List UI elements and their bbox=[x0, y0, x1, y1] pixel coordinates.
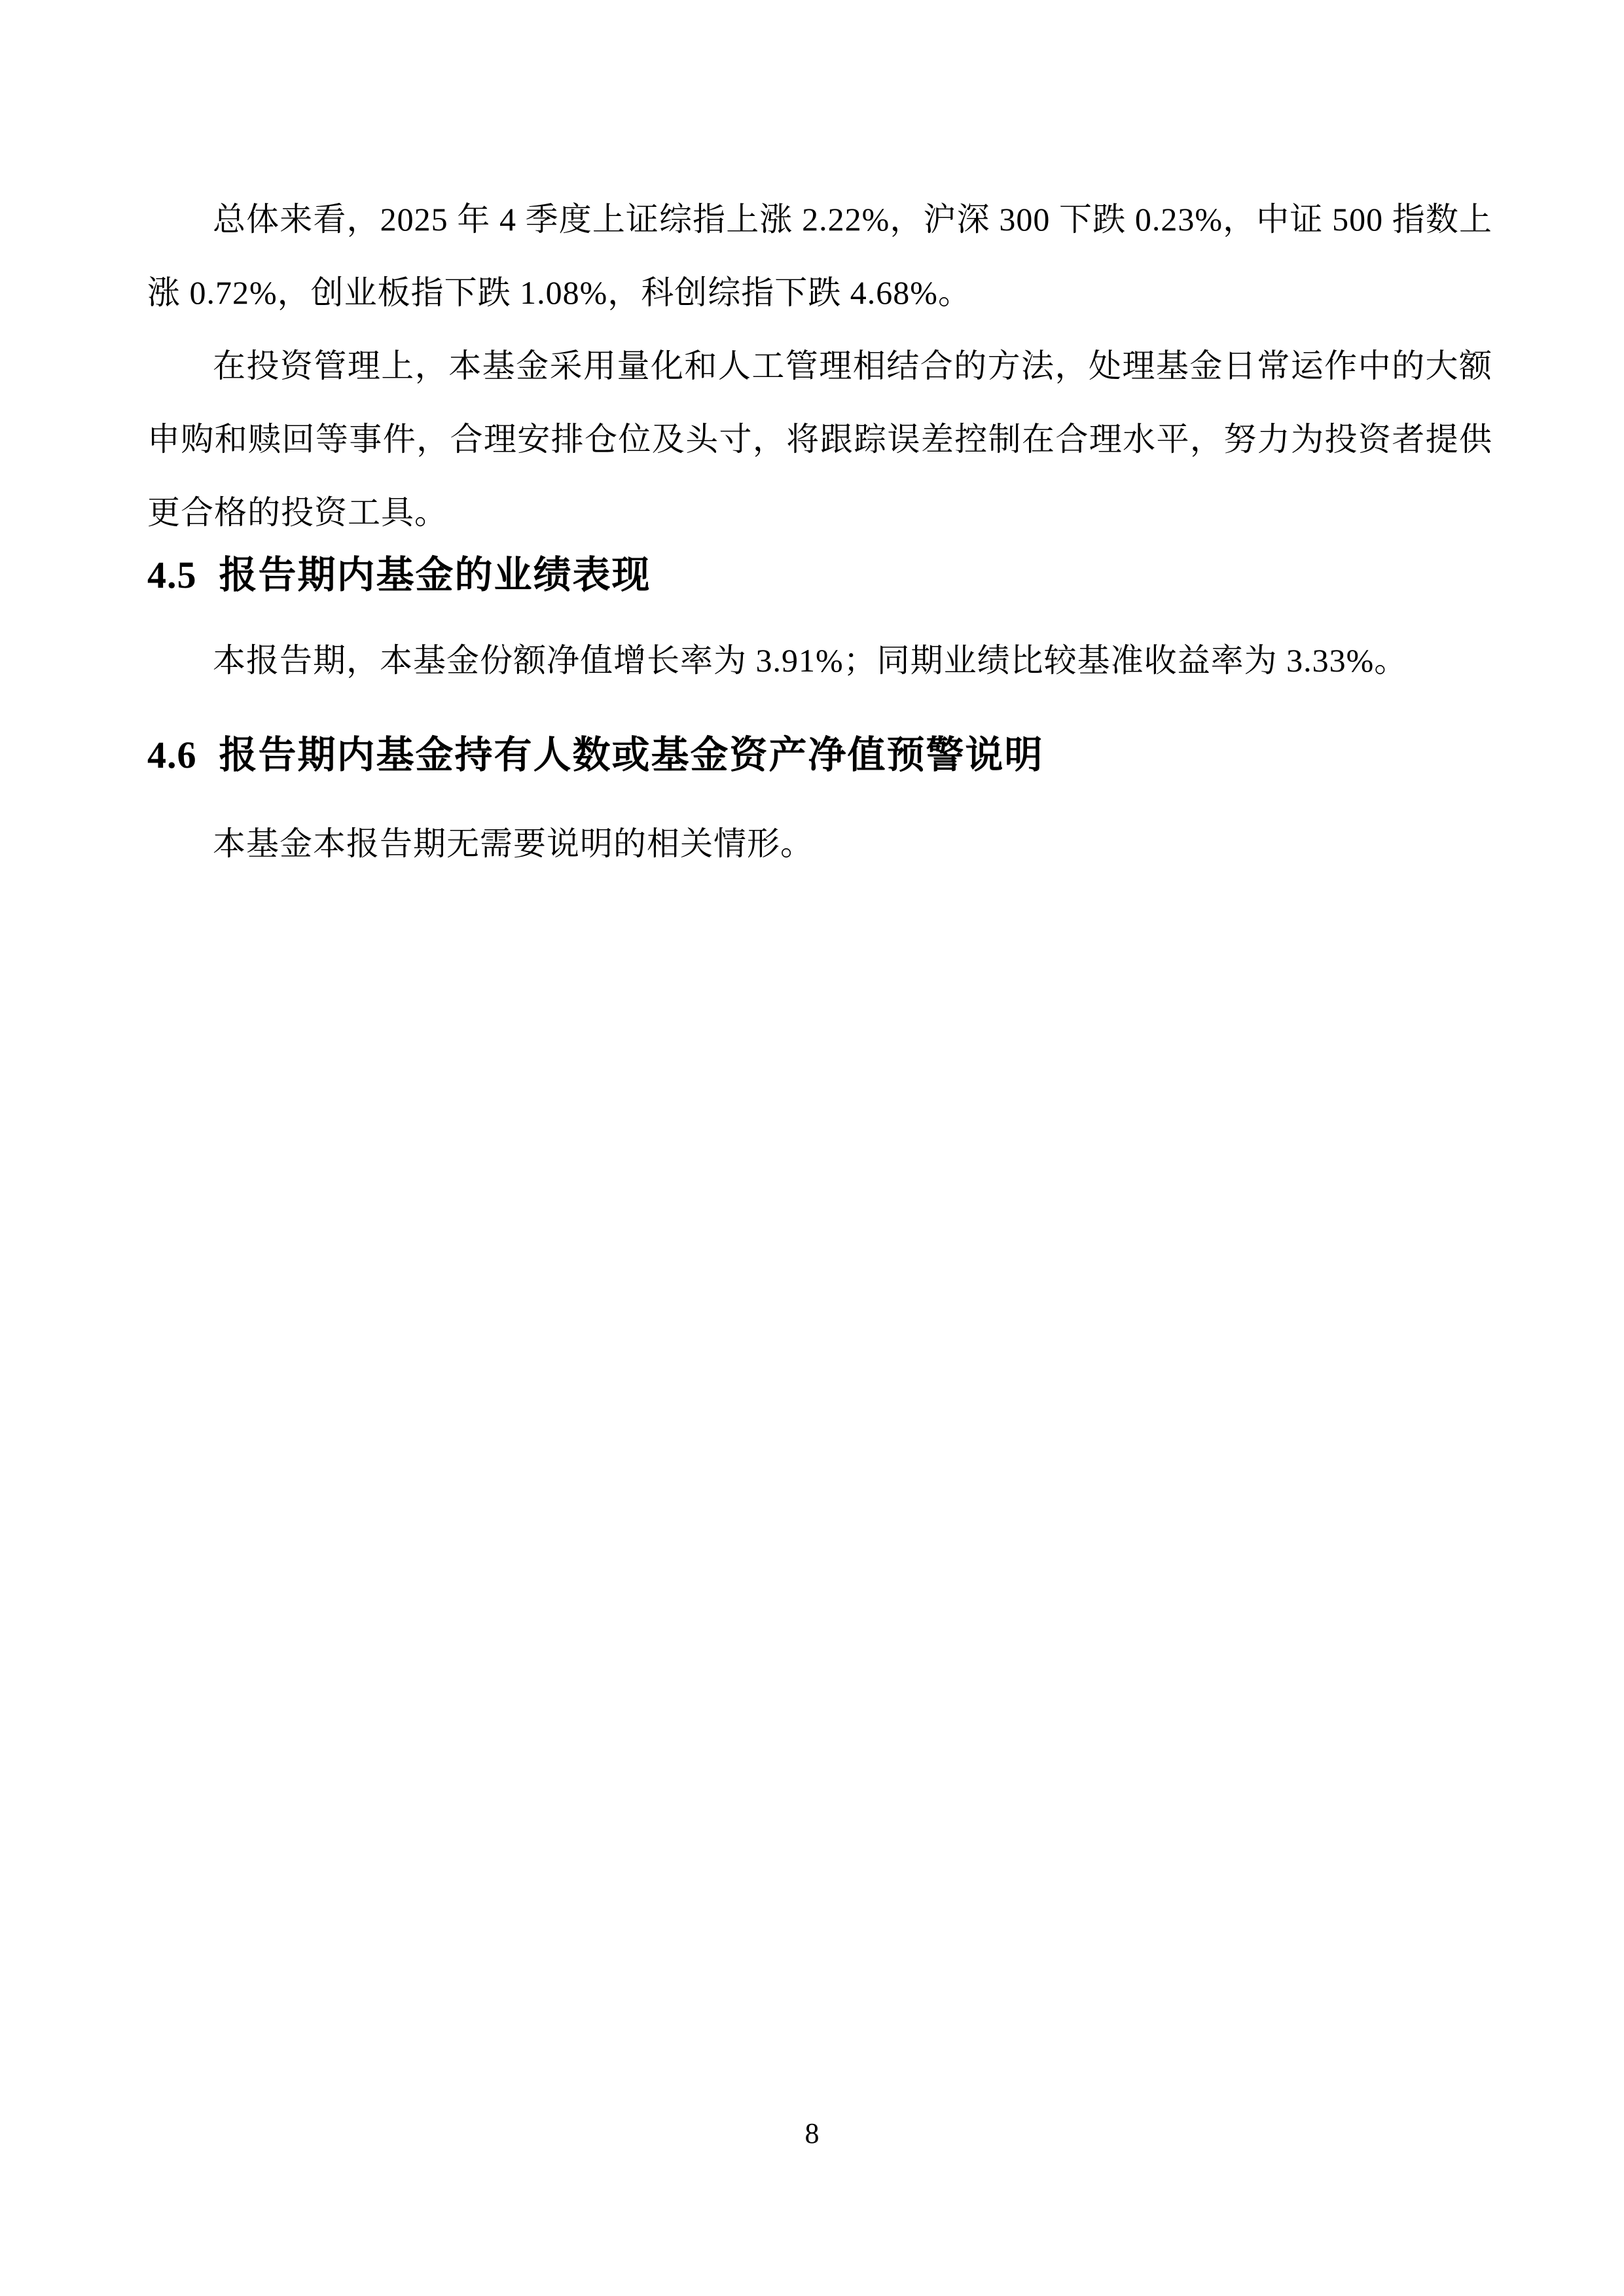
section-heading-4-5: 4.5报告期内基金的业绩表现 bbox=[147, 549, 1492, 601]
section-title-4-6: 报告期内基金持有人数或基金资产净值预警说明 bbox=[219, 734, 1044, 776]
section-number-4-5: 4.5 bbox=[147, 554, 197, 596]
market-review-paragraph: 总体来看，2025 年 4 季度上证综指上涨 2.22%，沪深 300 下跌 0… bbox=[147, 183, 1492, 329]
section-heading-4-6: 4.6报告期内基金持有人数或基金资产净值预警说明 bbox=[147, 729, 1492, 781]
section-body-4-5: 本报告期，本基金份额净值增长率为 3.91%；同期业绩比较基准收益率为 3.33… bbox=[147, 624, 1492, 697]
section-body-4-6: 本基金本报告期无需要说明的相关情形。 bbox=[147, 807, 1492, 880]
page-number: 8 bbox=[0, 2117, 1624, 2151]
section-number-4-6: 4.6 bbox=[147, 734, 197, 776]
section-title-4-5: 报告期内基金的业绩表现 bbox=[219, 554, 651, 596]
investment-management-paragraph: 在投资管理上，本基金采用量化和人工管理相结合的方法，处理基金日常运作中的大额申购… bbox=[147, 329, 1492, 549]
report-page: 总体来看，2025 年 4 季度上证综指上涨 2.22%，沪深 300 下跌 0… bbox=[0, 0, 1624, 2296]
